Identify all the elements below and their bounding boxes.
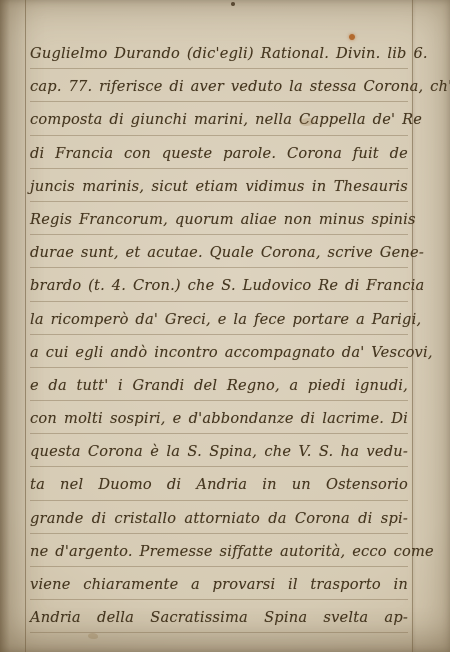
manuscript-line: questa Corona è la S. Spina, che V. S. h… — [30, 434, 408, 467]
manuscript-line: Guglielmo Durando (dic'egli) Rational. D… — [30, 36, 408, 69]
manuscript-page: Guglielmo Durando (dic'egli) Rational. D… — [0, 0, 450, 652]
manuscript-line: con molti sospiri, e d'abbondanze di lac… — [30, 401, 408, 434]
manuscript-line: cap. 77. riferisce di aver veduto la ste… — [30, 69, 408, 102]
manuscript-line: juncis marinis, sicut etiam vidimus in T… — [30, 169, 408, 202]
manuscript-line: ta nel Duomo di Andria in un Ostensorio — [30, 467, 408, 500]
left-margin-rule — [25, 0, 26, 652]
manuscript-line: brardo (t. 4. Cron.) che S. Ludovico Re … — [30, 268, 408, 301]
manuscript-line: Andria della Sacratissima Spina svelta a… — [30, 600, 408, 633]
page-edge-shadow — [0, 0, 10, 652]
manuscript-line: ne d'argento. Premesse siffatte autorità… — [30, 534, 408, 567]
manuscript-line: e da tutt' i Grandi del Regno, a piedi i… — [30, 368, 408, 401]
manuscript-line: durae sunt, et acutae. Quale Corona, scr… — [30, 235, 408, 268]
manuscript-line: viene chiaramente a provarsi il trasport… — [30, 567, 408, 600]
manuscript-line: composta di giunchi marini, nella Cappel… — [30, 102, 408, 135]
manuscript-line: Regis Francorum, quorum aliae non minus … — [30, 202, 408, 235]
manuscript-line: a cui egli andò incontro accompagnato da… — [30, 335, 408, 368]
manuscript-line: la ricomperò da' Greci, e la fece portar… — [30, 302, 408, 335]
paper-stain — [88, 633, 98, 639]
manuscript-line: di Francia con queste parole. Corona fui… — [30, 136, 408, 169]
manuscript-text-block: Guglielmo Durando (dic'egli) Rational. D… — [30, 36, 408, 633]
manuscript-line: grande di cristallo attorniato da Corona… — [30, 501, 408, 534]
ink-speck — [231, 2, 235, 6]
